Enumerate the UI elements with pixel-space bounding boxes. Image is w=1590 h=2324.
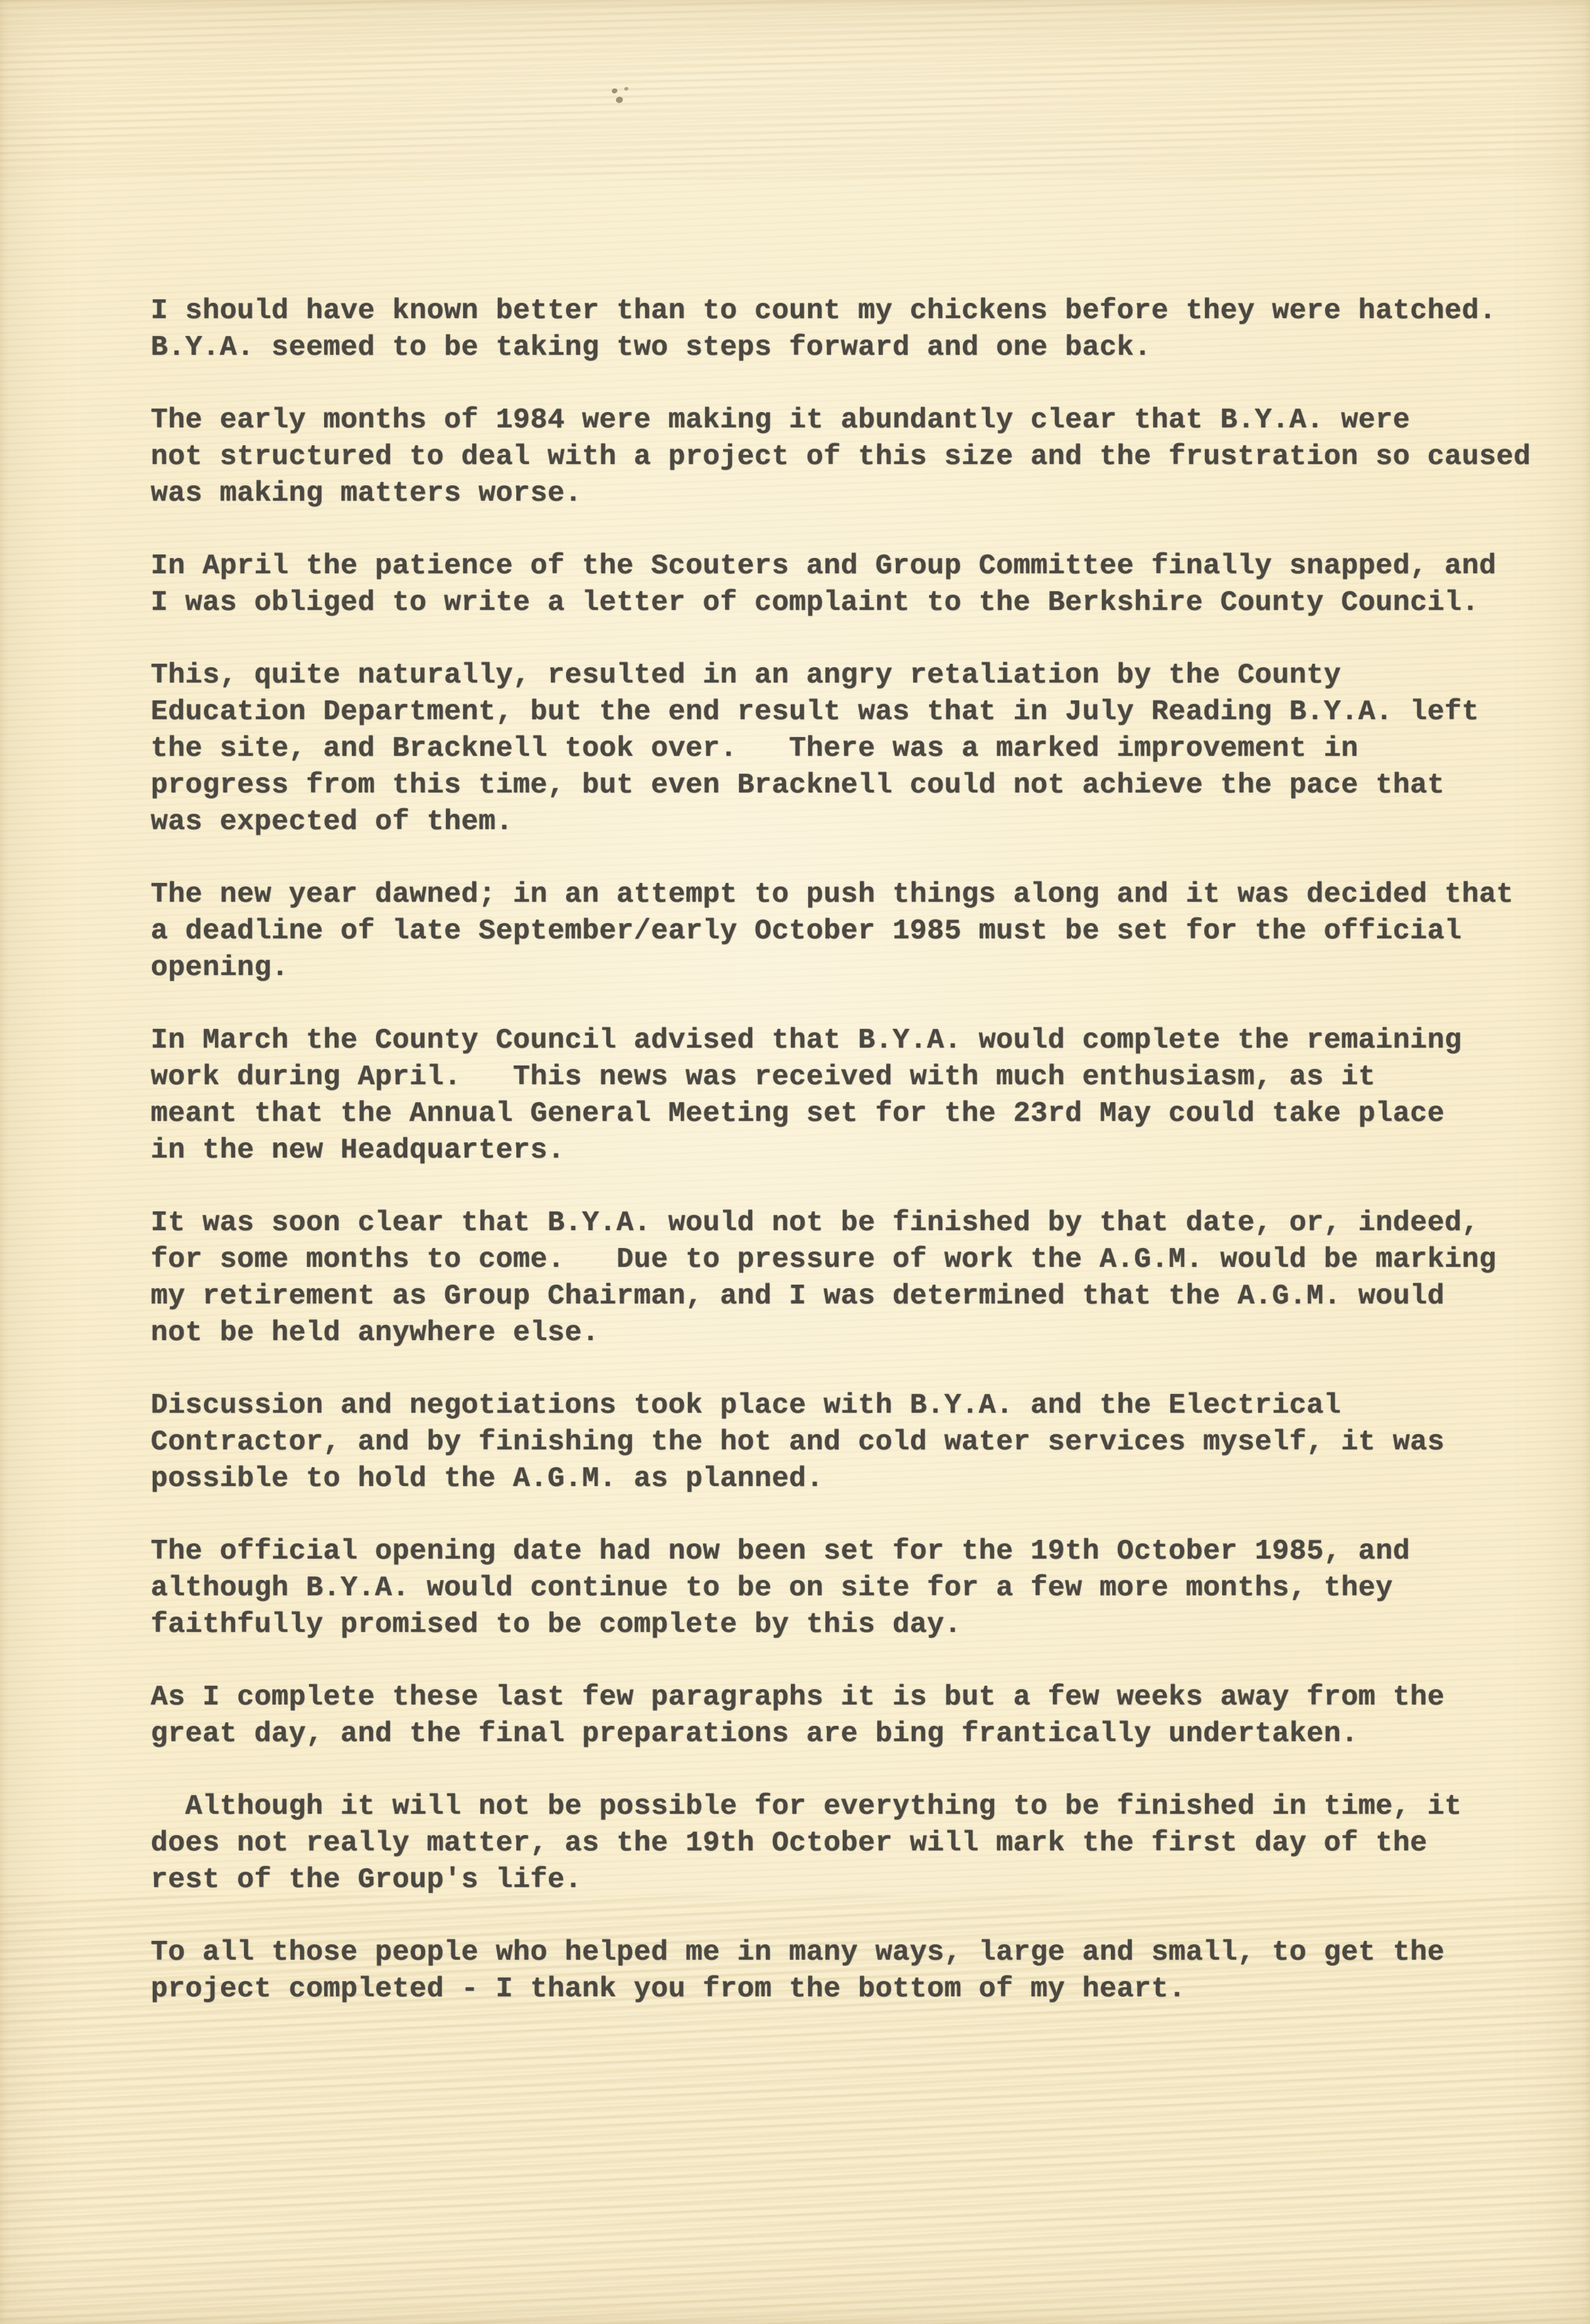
paragraph-12: To all those people who helped me in man… xyxy=(151,1935,1549,2008)
paragraph-7: It was soon clear that B.Y.A. would not … xyxy=(151,1205,1549,1352)
paragraph-4: This, quite naturally, resulted in an an… xyxy=(151,658,1549,841)
typewritten-text: I should have known better than to count… xyxy=(151,293,1549,2044)
paragraph-1: I should have known better than to count… xyxy=(151,293,1549,366)
paragraph-5: The new year dawned; in an attempt to pu… xyxy=(151,877,1549,987)
paragraph-3: In April the patience of the Scouters an… xyxy=(151,548,1549,622)
paper-page: I should have known better than to count… xyxy=(0,0,1590,2324)
paragraph-9: The official opening date had now been s… xyxy=(151,1534,1549,1644)
paragraph-11: Although it will not be possible for eve… xyxy=(151,1789,1549,1899)
paragraph-10: As I complete these last few paragraphs … xyxy=(151,1680,1549,1753)
scanned-document-screenshot: { "page": { "kind": "typewritten letter … xyxy=(0,0,1590,2324)
paragraph-2: The early months of 1984 were making it … xyxy=(151,402,1549,512)
paper-texture-top xyxy=(0,0,1590,180)
paragraph-8: Discussion and negotiations took place w… xyxy=(151,1388,1549,1498)
ink-smudge xyxy=(612,89,617,93)
paragraph-6: In March the County Council advised that… xyxy=(151,1023,1549,1169)
